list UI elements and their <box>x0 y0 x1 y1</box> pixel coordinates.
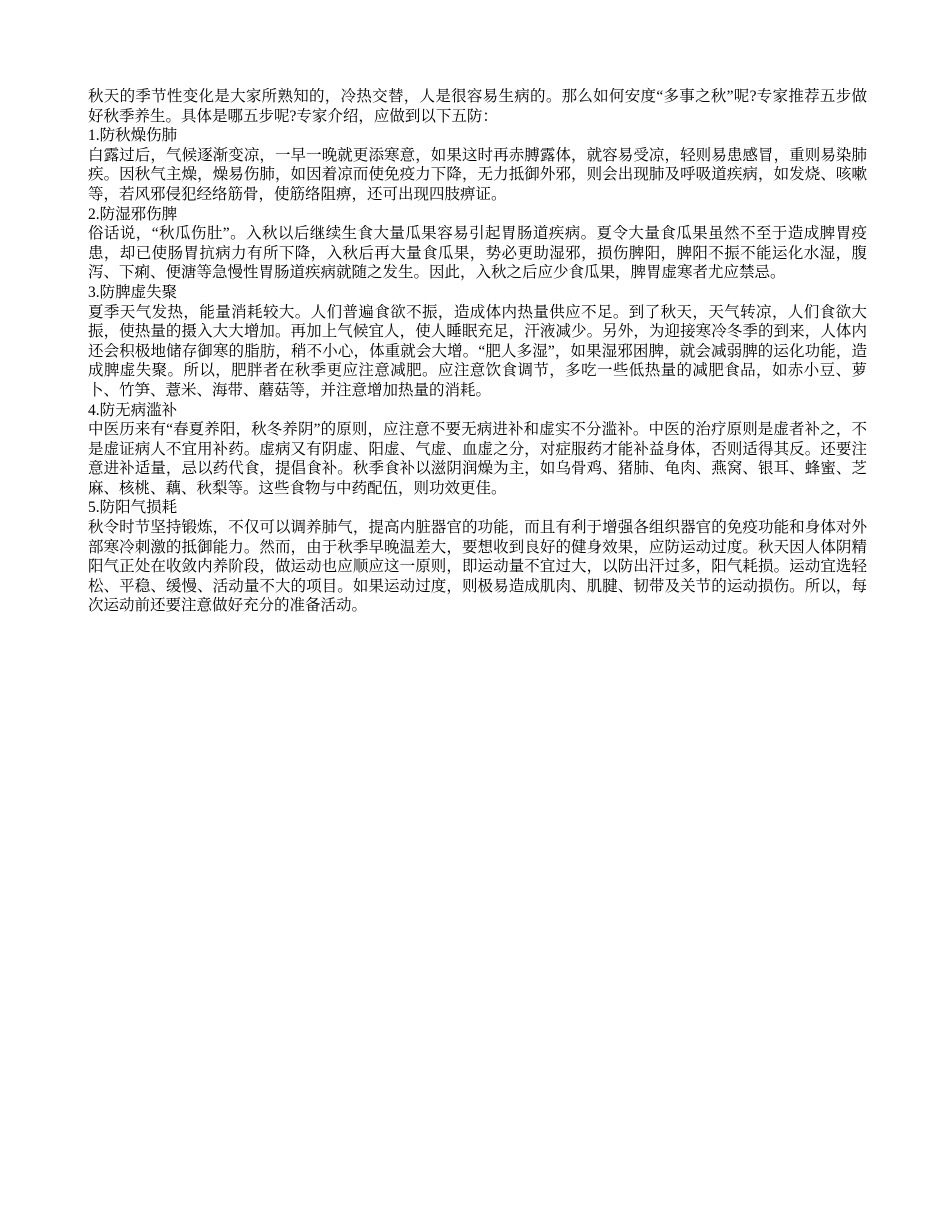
article-intro: 秋天的季节性变化是大家所熟知的，冷热交替，人是很容易生病的。那么如何安度“多事之… <box>88 87 867 126</box>
section-heading-1: 1.防秋燥伤肺 <box>88 126 867 146</box>
section-body-3: 夏季天气发热，能量消耗较大。人们普遍食欲不振，造成体内热量供应不足。到了秋天，天… <box>88 303 867 401</box>
section-body-2: 俗话说，“秋瓜伤肚”。入秋以后继续生食大量瓜果容易引起胃肠道疾病。夏令大量食瓜果… <box>88 224 867 283</box>
article: 秋天的季节性变化是大家所熟知的，冷热交替，人是很容易生病的。那么如何安度“多事之… <box>88 87 867 616</box>
section-heading-2: 2.防湿邪伤脾 <box>88 205 867 225</box>
section-heading-5: 5.防阳气损耗 <box>88 498 867 518</box>
section-heading-3: 3.防脾虚失聚 <box>88 283 867 303</box>
section-heading-4: 4.防无病滥补 <box>88 401 867 421</box>
section-body-4: 中医历来有“春夏养阳，秋冬养阴”的原则，应注意不要无病进补和虚实不分滥补。中医的… <box>88 420 867 498</box>
section-body-1: 白露过后，气候逐渐变凉，一早一晚就更添寒意，如果这时再赤膊露体，就容易受凉，轻则… <box>88 146 867 205</box>
section-body-5: 秋令时节坚持锻炼，不仅可以调养肺气，提高内脏器官的功能，而且有利于增强各组织器官… <box>88 518 867 616</box>
page: { "page": { "background": "#ffffff", "te… <box>0 0 950 1230</box>
